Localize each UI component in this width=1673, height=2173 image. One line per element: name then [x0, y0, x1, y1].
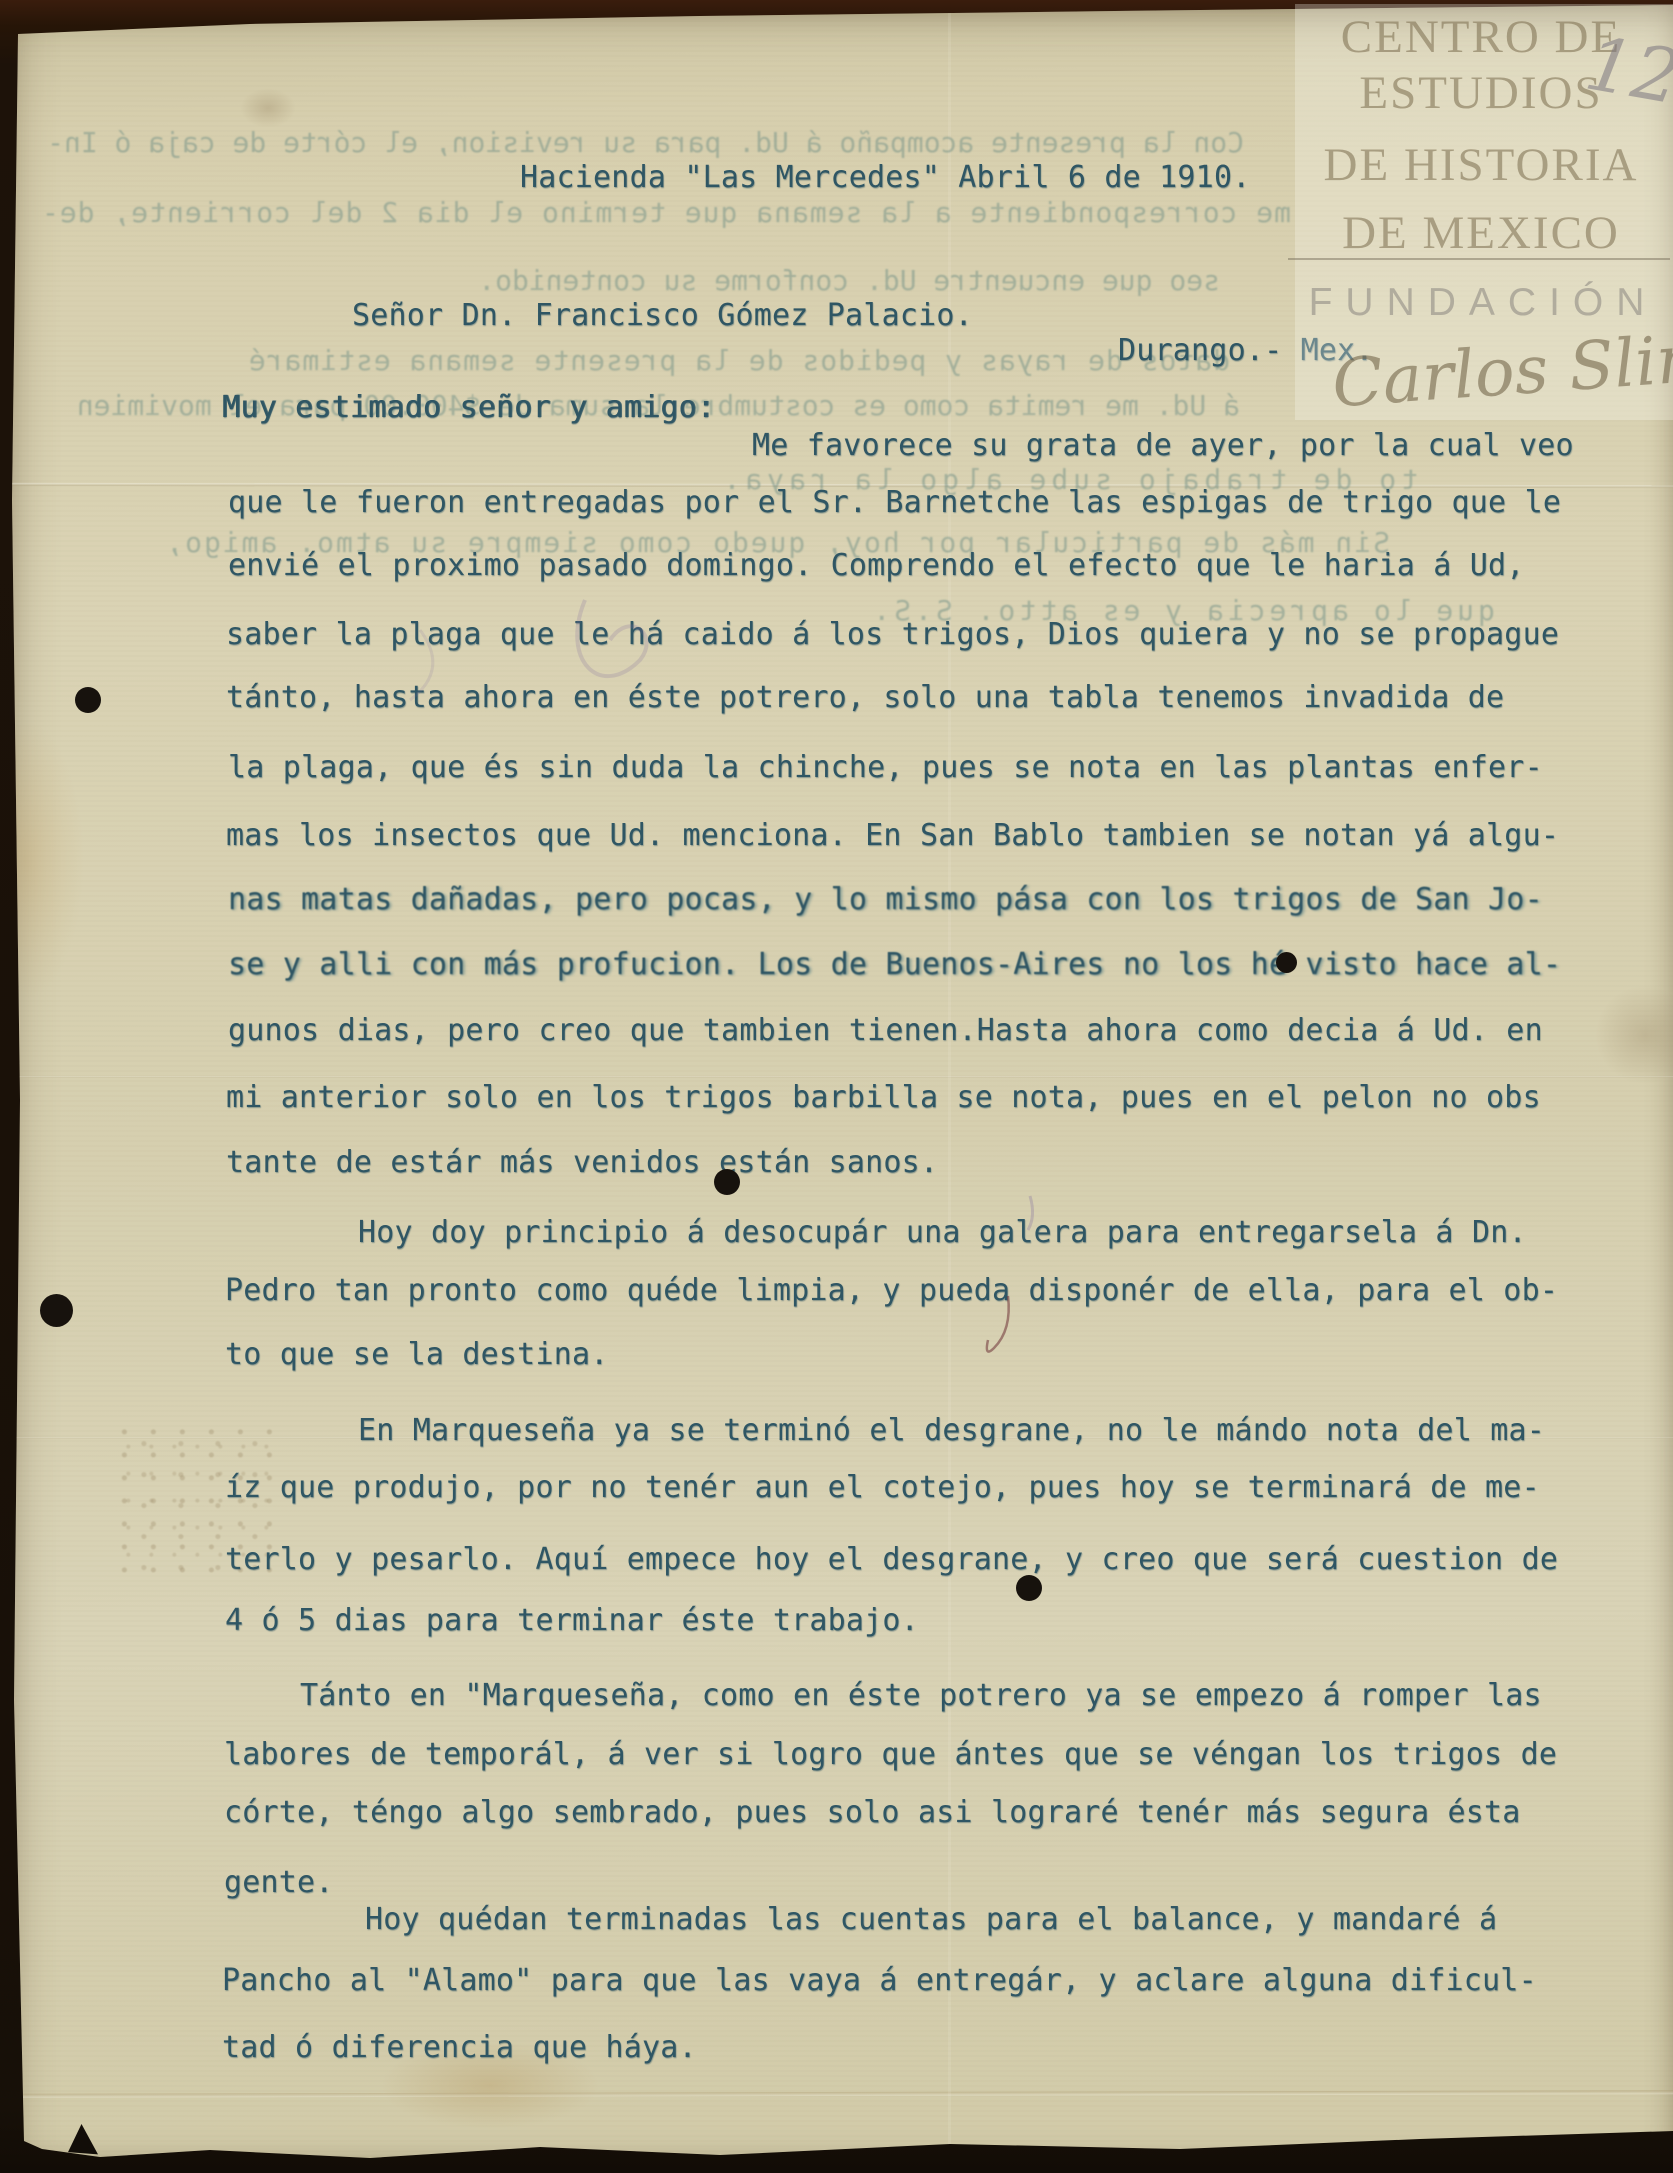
- typed-line-body: mas los insectos que Ud. menciona. En Sa…: [226, 821, 1559, 851]
- bleedthrough-line: datos de rayas y pedidos de la presente …: [250, 347, 1230, 375]
- ink-dot: [1276, 952, 1297, 973]
- typed-line-body: Hoy quédan terminadas las cuentas para e…: [365, 1905, 1497, 1935]
- bleedthrough-line: me correspondiente a la semana que termi…: [35, 199, 1291, 227]
- typed-line-recipient: Señor Dn. Francisco Gómez Palacio.: [352, 301, 973, 331]
- typed-line-salutation: Muy estimado señor y amigo:: [222, 393, 715, 423]
- typed-line-body: to que se la destina.: [225, 1340, 609, 1370]
- typed-line-body: tante de estár más venidos están sanos.: [226, 1148, 938, 1178]
- typed-line-body: íz que produjo, por no tenér aun el cote…: [225, 1473, 1540, 1503]
- watermark-line: DE HISTORIA: [1290, 138, 1672, 192]
- typed-line-body: se y alli con más profucion. Los de Buen…: [228, 950, 1561, 980]
- typed-line-body: Pancho al "Alamo" para que las vaya á en…: [222, 1966, 1537, 1996]
- typed-line-body: terlo y pesarlo. Aquí empece hoy el desg…: [225, 1545, 1558, 1575]
- typed-line-body: nas matas dañadas, pero pocas, y lo mism…: [228, 885, 1543, 915]
- ink-dot: [75, 687, 101, 713]
- ink-dot: [1016, 1575, 1042, 1601]
- paper-stain: [1595, 985, 1673, 1085]
- ink-dot: [714, 1169, 740, 1195]
- paper-crease: [0, 2090, 1673, 2098]
- typed-line-body: gente.: [224, 1868, 334, 1898]
- typed-line-body: envié el proximo pasado domingo. Compren…: [228, 551, 1525, 581]
- typed-line-body: que le fueron entregadas por el Sr. Barn…: [228, 488, 1561, 518]
- typed-line-body: Hoy doy principio á desocupár una galera…: [358, 1218, 1527, 1248]
- typed-line-body: Pedro tan pronto como quéde limpia, y pu…: [225, 1276, 1558, 1306]
- typed-line-body: saber la plaga que le há caido á los tri…: [226, 620, 1559, 650]
- typed-line-opening: Me favorece su grata de ayer, por la cua…: [752, 431, 1574, 461]
- typed-line-body: la plaga, que és sin duda la chinche, pu…: [228, 753, 1543, 783]
- typed-line-body: En Marqueseña ya se terminó el desgrane,…: [358, 1416, 1545, 1446]
- watermark-divider: [1288, 258, 1670, 260]
- typed-line-body: 4 ó 5 dias para terminar éste trabajo.: [225, 1606, 919, 1636]
- typed-line-date: Hacienda "Las Mercedes" Abril 6 de 1910.: [520, 163, 1250, 193]
- watermark-foundation: FUNDACIÓN: [1292, 281, 1673, 325]
- paper-stain: [240, 88, 296, 128]
- typed-line-body: córte, téngo algo sembrado, pues solo as…: [224, 1798, 1521, 1828]
- paper-crease: [0, 1076, 1673, 1078]
- paper-stain: [0, 715, 86, 1005]
- ink-dot: [40, 1294, 73, 1327]
- typed-line-body: Tánto en "Marqueseña, como en éste potre…: [300, 1681, 1542, 1711]
- bleedthrough-line: seo que encuentre Ud. conforme su conten…: [560, 267, 1220, 295]
- bleedthrough-line: Con la presente acompaño á Ud. para su r…: [30, 129, 1244, 157]
- typed-line-body: labores de temporál, á ver si logro que …: [224, 1740, 1557, 1770]
- typed-line-body: tad ó diferencia que háya.: [222, 2033, 697, 2063]
- scanned-letter-page: Con la presente acompaño á Ud. para su r…: [0, 0, 1673, 2173]
- typed-line-body: mi anterior solo en los trigos barbilla …: [226, 1083, 1541, 1113]
- watermark-line: DE MEXICO: [1290, 206, 1672, 260]
- typed-line-body: gunos dias, pero creo que tambien tienen…: [228, 1016, 1543, 1046]
- typed-line-body: tánto, hasta ahora en éste potrero, solo…: [226, 683, 1504, 713]
- handwritten-folio-number: 12: [1579, 20, 1673, 121]
